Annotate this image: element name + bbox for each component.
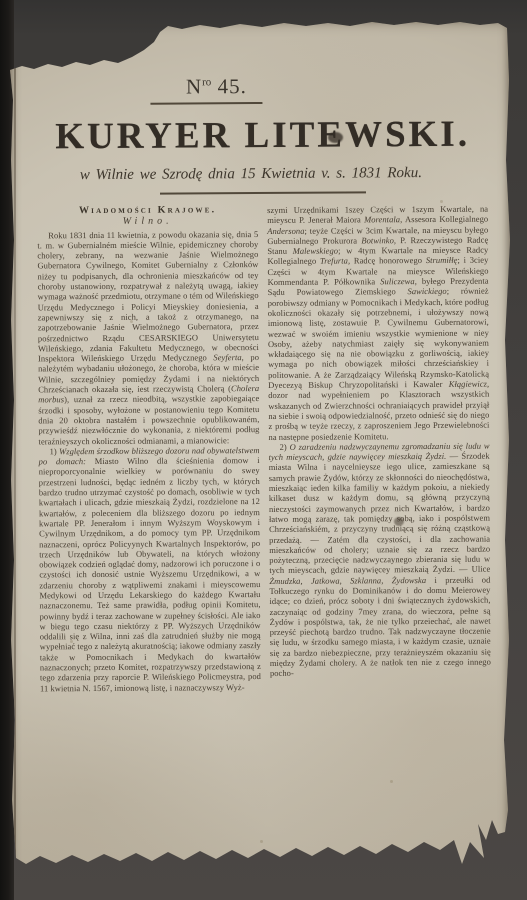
text-segment: , Radcę honorowego [348,255,426,265]
newspaper-page: Nro 45. KURYER LITEWSKI. w Wilnie we Szr… [10,20,510,878]
text-segment: Kłągiewicz [449,379,487,389]
paragraph: 1) Względem śrzodkow bliższego dozoru na… [39,445,262,693]
text-segment: i przeułki od Tołkuczego rynku do Domini… [269,574,490,678]
text-segment: ; również porobiwszy odmiany w Pomocnika… [268,286,489,390]
text-segment: 1) [50,446,60,456]
text-segment: 2) [280,442,290,452]
text-segment: Strumiłłę [426,255,458,265]
section-heading: Wiadomości Krajowe. [37,205,258,217]
masthead-rule-top [150,102,262,105]
text-segment: Sawickiego [407,286,446,296]
text-columns: Wiadomości Krajowe. Wilno. Roku 1831 dni… [37,204,492,694]
text-segment: Roku 1831 dnia 11 kwietnia, z powodu oka… [37,229,259,364]
dateline: w Wilnie we Szrodę dnia 15 Kwietnia v. s… [25,165,477,185]
issue-superscript: ro [202,76,211,88]
scanned-page: Nro 45. KURYER LITEWSKI. w Wilnie we Szr… [0,0,527,900]
issue-number: Nro 45. [0,73,442,101]
text-segment: , Assesora Kollegialnego [400,214,488,225]
text-segment: Miasto Wilno dla ścieśnienia domow i nie… [39,455,261,693]
issue-prefix: N [186,74,202,98]
text-segment: Morentala [364,214,400,224]
text-segment: Suliczewa [380,276,415,286]
paper-speck [390,780,393,783]
paragraph: 2) O zaradzeniu nadzwyczaynemu zgromadza… [269,440,491,678]
newspaper-title: KURYER LITEWSKI. [37,113,489,159]
text-segment: Żmudzka, Jatkowa, Szklanna, Żydowska [269,575,426,586]
fold-crease [14,20,16,878]
right-column-paragraphs: szymi Urzędnikami 1szey Części w 1szym K… [267,204,491,679]
left-column: Wiadomości Krajowe. Wilno. Roku 1831 dni… [37,205,261,693]
masthead-rule-bottom [160,191,366,194]
page-content: Nro 45. KURYER LITEWSKI. w Wilnie we Szr… [36,19,492,694]
text-segment: Andersona [267,225,304,235]
paragraph: szymi Urzędnikami 1szey Części w 1szym K… [267,204,489,442]
text-segment: Botwinko [361,235,394,245]
text-segment: ), uznał za rzecz nieodbitą, wszystkie z… [38,393,259,446]
text-segment: Malewskiego [293,246,338,256]
place-heading: Wilno. [37,216,258,228]
text-segment: — Śrzodek miasta Wilna i naycelnieysze i… [269,451,491,576]
text-segment: Trefurta [320,256,348,266]
text-segment: Seyferta [213,352,241,362]
right-column: szymi Urzędnikami 1szey Części w 1szym K… [267,204,491,692]
paper-speck [260,840,263,843]
paragraph: Roku 1831 dnia 11 kwietnia, z powodu oka… [37,229,259,447]
left-column-paragraphs: Roku 1831 dnia 11 kwietnia, z powodu oka… [37,229,261,694]
issue-value: 45. [217,74,246,98]
